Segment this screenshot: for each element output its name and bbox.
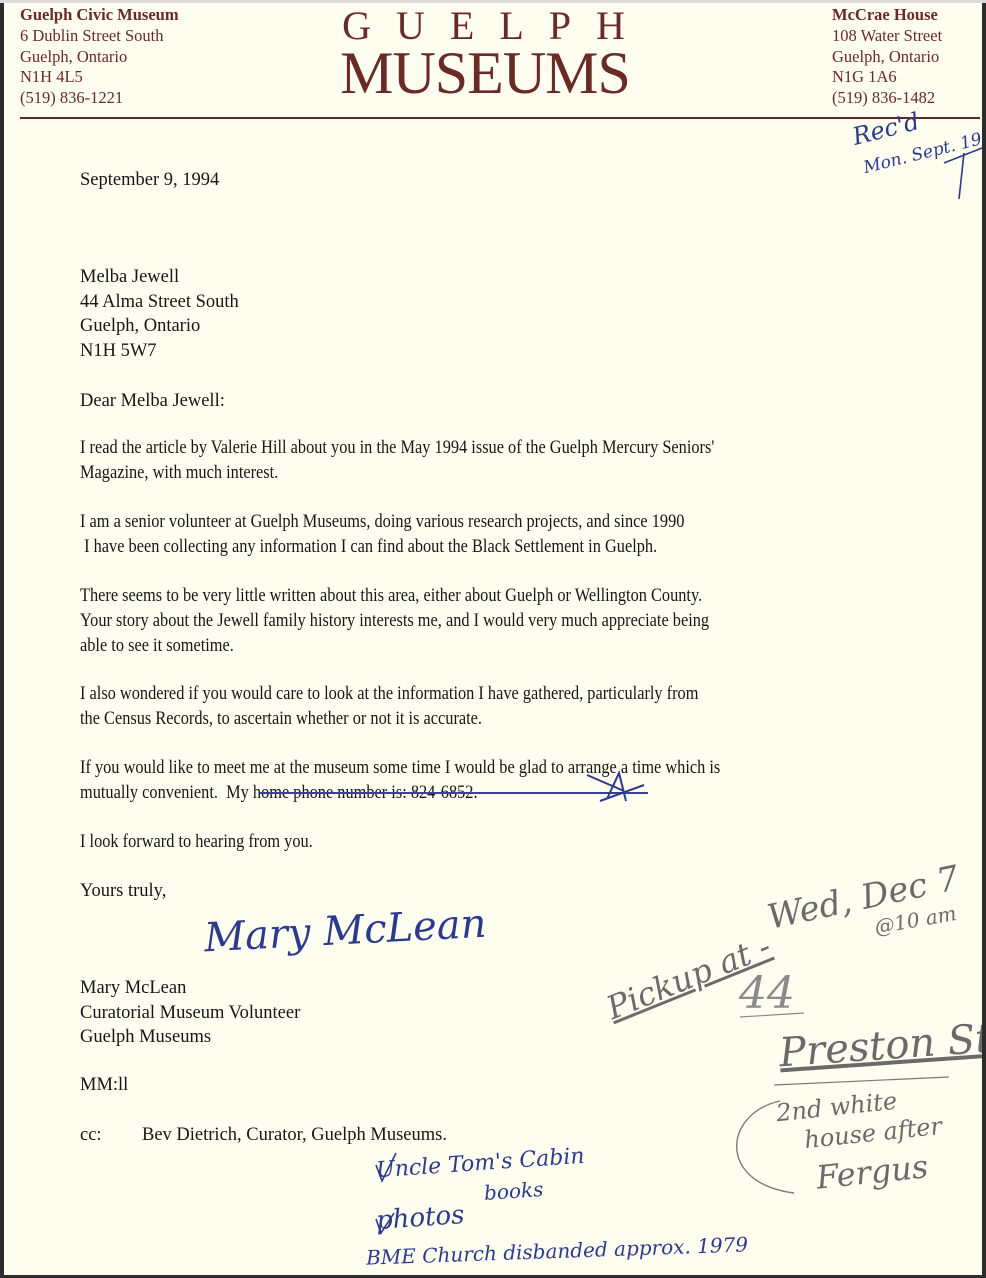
letter-page: Guelph Civic Museum 6 Dublin Street Sout… [4,3,982,1275]
check-mark-icon [376,1213,394,1233]
check-mark-icon [376,1153,396,1181]
ink-marks [4,3,982,1275]
scribble-mark-icon [587,773,644,801]
directions-bracket [737,1101,794,1193]
